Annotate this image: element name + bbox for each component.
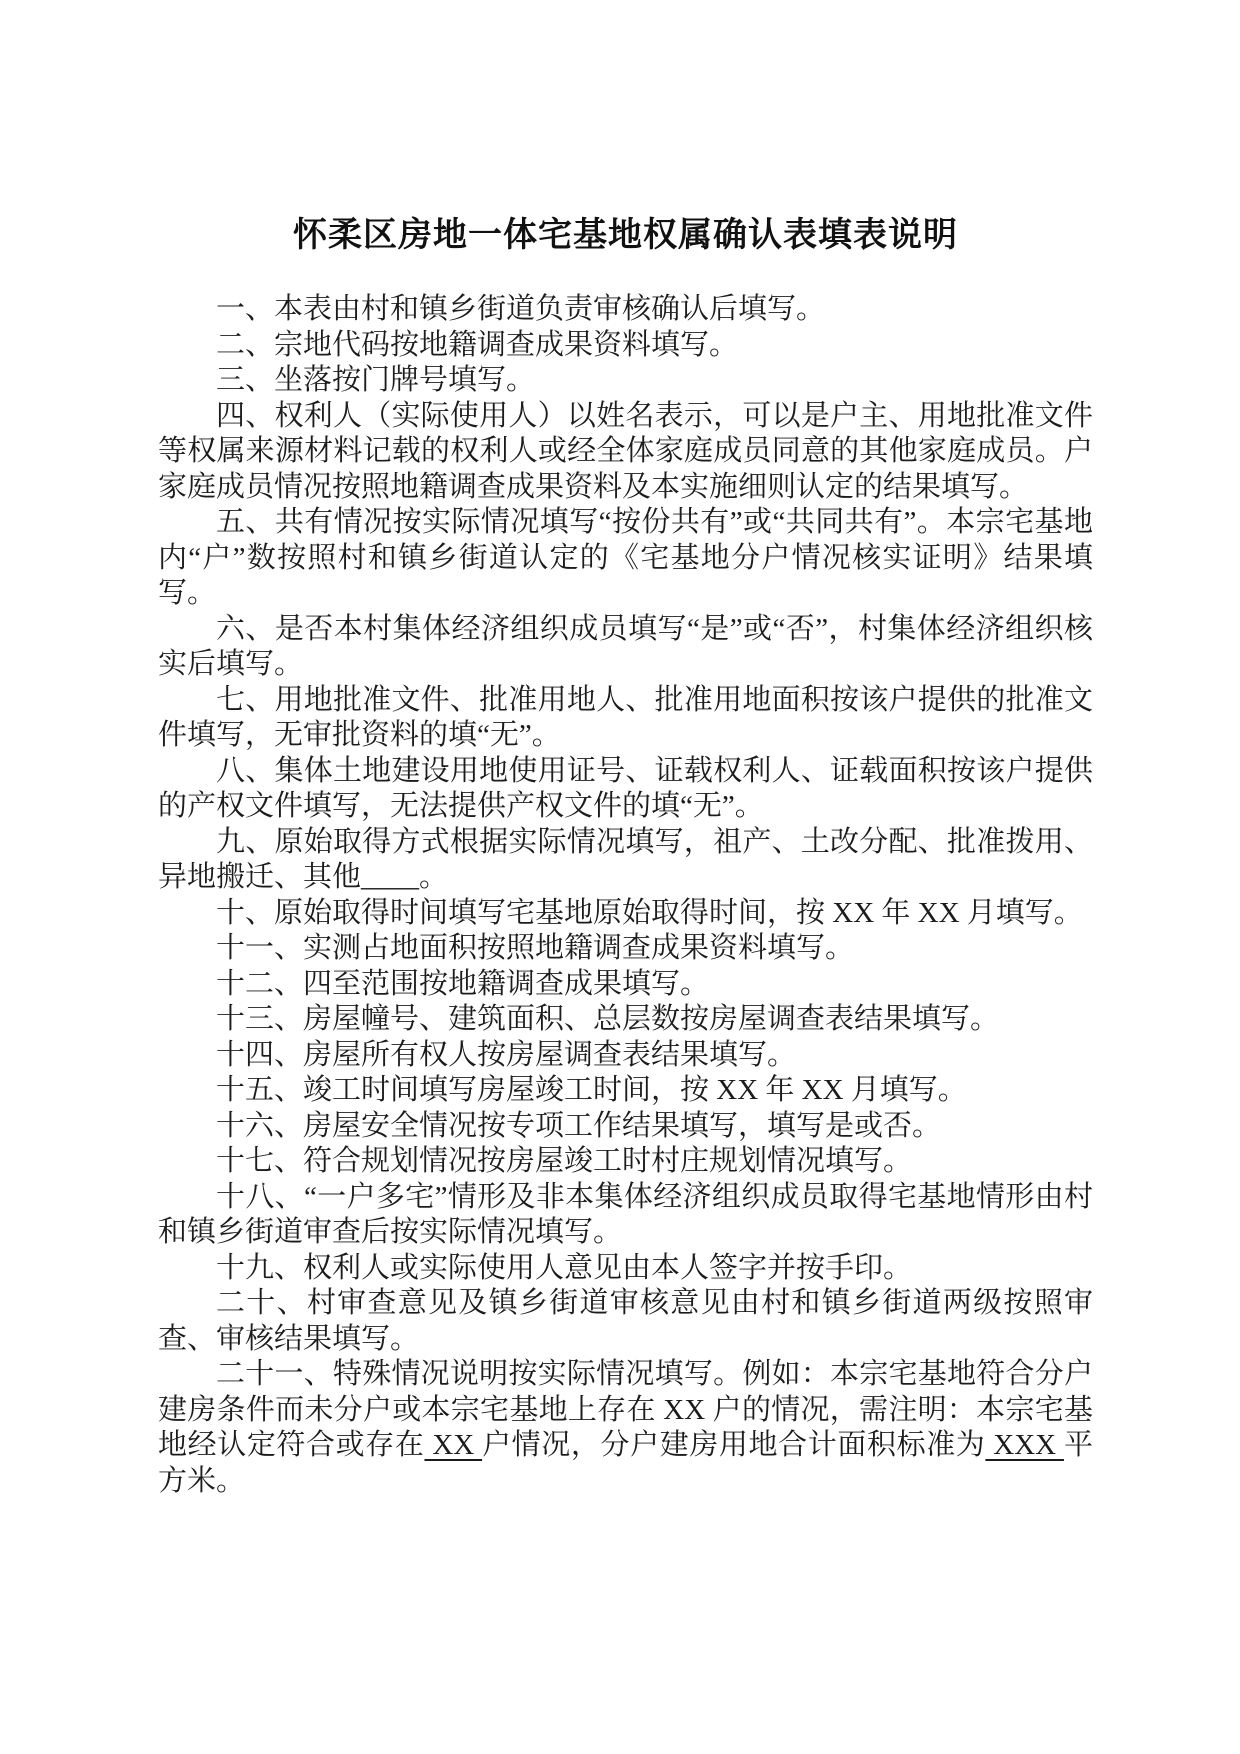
instruction-item-11: 十一、实测占地面积按照地籍调查成果资料填写。 <box>158 931 1093 967</box>
instruction-item-7: 七、用地批准文件、批准用地人、批准用地面积按该户提供的批准文件填写，无审批资料的… <box>158 683 1093 754</box>
instruction-item-12: 十二、四至范围按地籍调查成果填写。 <box>158 967 1093 1003</box>
instructions-list: 一、本表由村和镇乡街道负责审核确认后填写。 二、宗地代码按地籍调查成果资料填写。… <box>158 292 1093 1499</box>
instruction-item-19: 十九、权利人或实际使用人意见由本人签字并按手印。 <box>158 1251 1093 1287</box>
instruction-item-13: 十三、房屋幢号、建筑面积、总层数按房屋调查表结果填写。 <box>158 1002 1093 1038</box>
instruction-item-1: 一、本表由村和镇乡街道负责审核确认后填写。 <box>158 292 1093 328</box>
instruction-item-21: 二十一、特殊情况说明按实际情况填写。例如：本宗宅基地符合分户建房条件而未分户或本… <box>158 1357 1093 1499</box>
instruction-item-16: 十六、房屋安全情况按专项工作结果填写，填写是或否。 <box>158 1109 1093 1145</box>
instruction-item-17: 十七、符合规划情况按房屋竣工时村庄规划情况填写。 <box>158 1144 1093 1180</box>
instruction-item-4: 四、权利人（实际使用人）以姓名表示，可以是户主、用地批准文件等权属来源材料记载的… <box>158 399 1093 506</box>
instruction-item-3: 三、坐落按门牌号填写。 <box>158 363 1093 399</box>
instruction-item-14: 十四、房屋所有权人按房屋调查表结果填写。 <box>158 1038 1093 1074</box>
page-title: 怀柔区房地一体宅基地权属确认表填表说明 <box>158 214 1093 258</box>
instruction-item-5: 五、共有情况按实际情况填写“按份共有”或“共同共有”。本宗宅基地内“户”数按照村… <box>158 505 1093 612</box>
document-content: 怀柔区房地一体宅基地权属确认表填表说明 一、本表由村和镇乡街道负责审核确认后填写… <box>158 0 1093 1499</box>
households-count-blank: XX <box>424 1429 482 1461</box>
instruction-item-10: 十、原始取得时间填写宅基地原始取得时间，按 XX 年 XX 月填写。 <box>158 896 1093 932</box>
instruction-item-6: 六、是否本村集体经济组织成员填写“是”或“否”，村集体经济组织核实后填写。 <box>158 612 1093 683</box>
instruction-item-20: 二十、村审查意见及镇乡街道审核意见由村和镇乡街道两级按照审查、审核结果填写。 <box>158 1286 1093 1357</box>
instruction-item-9: 九、原始取得方式根据实际情况填写，祖产、土改分配、批准拨用、异地搬迁、其他___… <box>158 825 1093 896</box>
instruction-item-8: 八、集体土地建设用地使用证号、证载权利人、证载面积按该户提供的产权文件填写，无法… <box>158 754 1093 825</box>
instruction-item-15: 十五、竣工时间填写房屋竣工时间，按 XX 年 XX 月填写。 <box>158 1073 1093 1109</box>
special-text-mid: 户情况，分户建房用地合计面积标准为 <box>482 1429 985 1461</box>
instruction-item-18: 十八、“一户多宅”情形及非本集体经济组织成员取得宅基地情形由村和镇乡街道审查后按… <box>158 1180 1093 1251</box>
document-page: 怀柔区房地一体宅基地权属确认表填表说明 一、本表由村和镇乡街道负责审核确认后填写… <box>0 0 1240 1754</box>
area-standard-blank: XXX <box>985 1429 1064 1461</box>
instruction-item-2: 二、宗地代码按地籍调查成果资料填写。 <box>158 328 1093 364</box>
